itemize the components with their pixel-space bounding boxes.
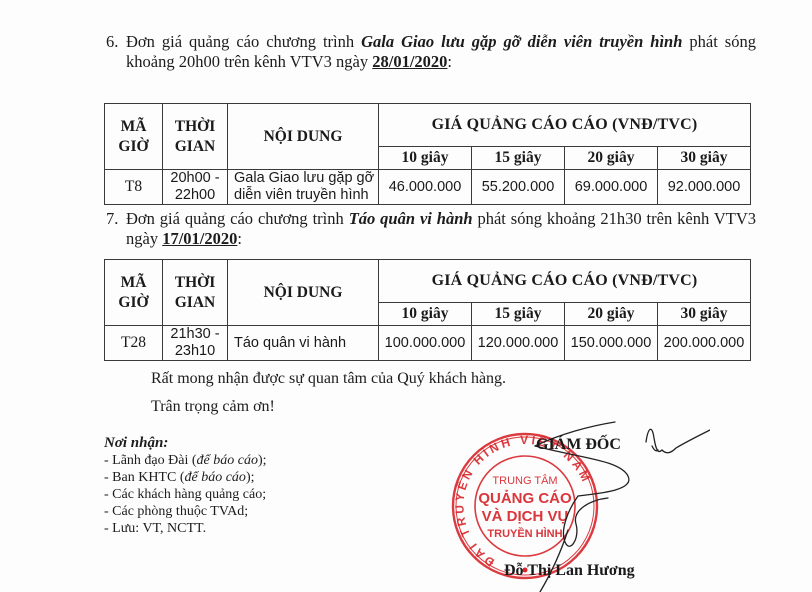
recipient-item: - Ban KHTC (để báo cáo); — [104, 469, 267, 486]
section-7-text: Đơn giá quảng cáo chương trình Táo quân … — [126, 209, 756, 249]
closing-line-2: Trân trọng cảm ơn! — [151, 398, 275, 416]
header-content: NỘI DUNG — [228, 260, 379, 326]
cell-time: 20h00 -22h00 — [163, 170, 228, 205]
header-duration: 10 giây — [379, 303, 472, 326]
recipients-block: Nơi nhận: - Lãnh đạo Đài (để báo cáo); -… — [104, 435, 267, 537]
section-6-text: Đơn giá quảng cáo chương trình Gala Giao… — [126, 32, 756, 72]
cell-content: Gala Giao lưu gặp gỡdiễn viên truyền hìn… — [228, 170, 379, 205]
recipient-item: - Lưu: VT, NCTT. — [104, 520, 267, 537]
header-code: MÃGIỜ — [105, 260, 163, 326]
cell-price: 69.000.000 — [565, 170, 658, 205]
cell-price: 100.000.000 — [379, 326, 472, 361]
cell-content: Táo quân vi hành — [228, 326, 379, 361]
header-duration: 30 giây — [658, 147, 751, 170]
rate-table-6: MÃGIỜ THỜIGIAN NỘI DUNG GIÁ QUẢNG CÁO CÁ… — [104, 103, 751, 205]
signer-title: GIÁM ĐỐC — [536, 436, 621, 454]
header-duration: 20 giây — [565, 303, 658, 326]
cell-price: 120.000.000 — [472, 326, 565, 361]
cell-price: 46.000.000 — [379, 170, 472, 205]
text-fragment: Đơn giá quảng cáo chương trình — [126, 32, 361, 51]
cell-code: T8 — [105, 170, 163, 205]
header-time: THỜIGIAN — [163, 260, 228, 326]
cell-price: 92.000.000 — [658, 170, 751, 205]
cell-code: T28 — [105, 326, 163, 361]
text-fragment: : — [447, 52, 452, 71]
cell-price: 150.000.000 — [565, 326, 658, 361]
cell-price: 200.000.000 — [658, 326, 751, 361]
rate-table-7: MÃGIỜ THỜIGIAN NỘI DUNG GIÁ QUẢNG CÁO CÁ… — [104, 259, 751, 361]
text-fragment: : — [237, 229, 242, 248]
section-number: 6. — [106, 32, 118, 52]
header-price-group: GIÁ QUẢNG CÁO CÁO (VNĐ/TVC) — [379, 104, 751, 147]
cell-price: 55.200.000 — [472, 170, 565, 205]
text-fragment: Đơn giá quảng cáo chương trình — [126, 209, 349, 228]
header-duration: 15 giây — [472, 303, 565, 326]
header-duration: 30 giây — [658, 303, 751, 326]
broadcast-date: 17/01/2020 — [162, 229, 237, 248]
header-content: NỘI DUNG — [228, 104, 379, 170]
header-code: MÃGIỜ — [105, 104, 163, 170]
header-duration: 15 giây — [472, 147, 565, 170]
program-name: Gala Giao lưu gặp gỡ diễn viên truyền hì… — [361, 32, 682, 51]
broadcast-date: 28/01/2020 — [372, 52, 447, 71]
table-row: T28 21h30 -23h10 Táo quân vi hành 100.00… — [105, 326, 751, 361]
cell-time: 21h30 -23h10 — [163, 326, 228, 361]
program-name: Táo quân vi hành — [349, 209, 473, 228]
header-duration: 10 giây — [379, 147, 472, 170]
header-duration: 20 giây — [565, 147, 658, 170]
recipients-title: Nơi nhận: — [104, 435, 267, 452]
signer-name: Đỗ Thị Lan Hương — [504, 562, 635, 580]
recipient-item: - Lãnh đạo Đài (để báo cáo); — [104, 452, 267, 469]
section-7-heading: 7. Đơn giá quảng cáo chương trình Táo qu… — [106, 209, 756, 249]
section-6-heading: 6. Đơn giá quảng cáo chương trình Gala G… — [106, 32, 756, 72]
header-price-group: GIÁ QUẢNG CÁO CÁO (VNĐ/TVC) — [379, 260, 751, 303]
recipient-item: - Các phòng thuộc TVAd; — [104, 503, 267, 520]
recipient-item: - Các khách hàng quảng cáo; — [104, 486, 267, 503]
section-number: 7. — [106, 209, 118, 229]
header-time: THỜIGIAN — [163, 104, 228, 170]
closing-line-1: Rất mong nhận được sự quan tâm của Quý k… — [151, 370, 506, 388]
table-row: T8 20h00 -22h00 Gala Giao lưu gặp gỡdiễn… — [105, 170, 751, 205]
